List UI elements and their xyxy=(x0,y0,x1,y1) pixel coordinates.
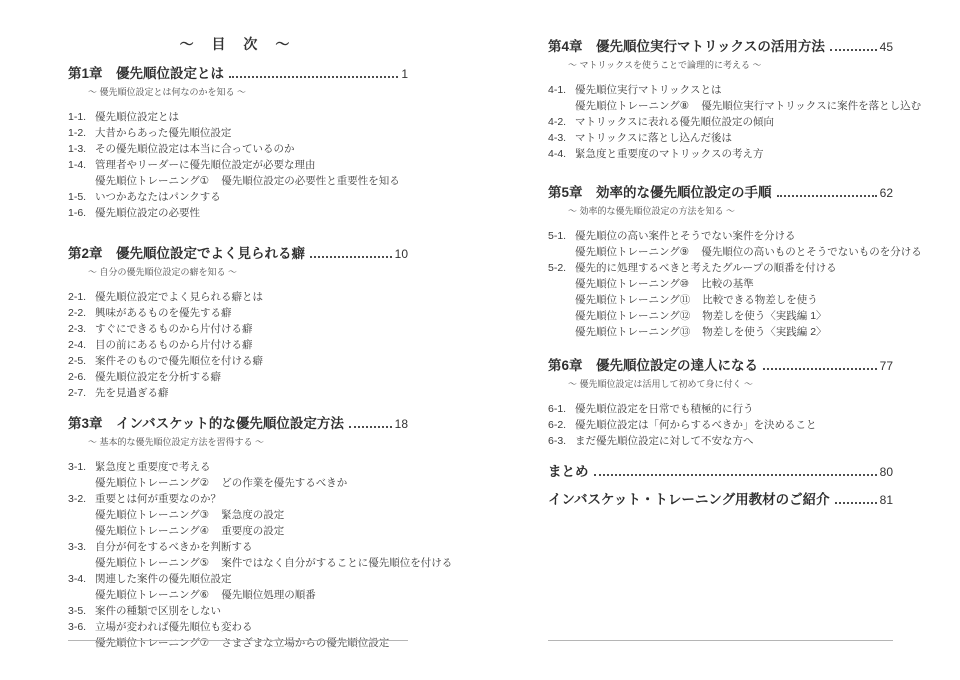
toc-item-number: 5-2. xyxy=(548,260,575,276)
chapter-page-number: 81 xyxy=(880,492,893,508)
chapter-page-number: 18 xyxy=(395,416,408,432)
training-label: 優先順位トレーニング③ xyxy=(95,507,209,523)
toc-item-number: 1-2. xyxy=(68,125,95,141)
toc-item: 2-4.目の前にあるものから片付ける癖 xyxy=(68,337,408,353)
toc-item-number: 2-1. xyxy=(68,289,95,305)
dot-leader xyxy=(830,49,877,51)
chapter-page-number: 80 xyxy=(880,464,893,480)
toc-item: 3-4.関連した案件の優先順位設定 xyxy=(68,571,408,587)
toc-item: 5-1.優先順位の高い案件とそうでない案件を分ける xyxy=(548,228,893,244)
toc-item: 4-4.緊急度と重要度のマトリックスの考え方 xyxy=(548,146,893,162)
training-text: 緊急度の設定 xyxy=(221,507,284,523)
chapter-entries: 6-1.優先順位設定を日常でも積極的に行う6-2.優先順位設定は「何からするべき… xyxy=(548,401,893,449)
chapter-subtitle: ～ 基本的な優先順位設定方法を習得する ～ xyxy=(88,436,408,448)
toc-item: 5-2.優先的に処理するべきと考えたグループの順番を付ける xyxy=(548,260,893,276)
training-text: 優先順位設定の必要性と重要性を知る xyxy=(221,173,400,189)
toc-item-number: 5-1. xyxy=(548,228,575,244)
chapter-title: 第5章 効率的な優先順位設定の手順 xyxy=(548,184,772,201)
toc-item-text: 関連した案件の優先順位設定 xyxy=(95,571,232,587)
toc-item-number: 4-1. xyxy=(548,82,575,98)
toc-item-text: 優先順位設定とは xyxy=(95,109,179,125)
training-text: 優先順位実行マトリックスに案件を落とし込む xyxy=(701,98,921,114)
toc-item-text: まだ優先順位設定に対して不安な方へ xyxy=(575,433,754,449)
training-label: 優先順位トレーニング⑬ xyxy=(575,324,690,340)
toc-item: 4-3.マトリックスに落とし込んだ後は xyxy=(548,130,893,146)
training-label: 優先順位トレーニング⑪ xyxy=(575,292,690,308)
left-page-sections: 第1章 優先順位設定とは1～ 優先順位設定とは何なのかを知る ～1-1.優先順位… xyxy=(68,65,408,651)
toc-chapter-row: 第5章 効率的な優先順位設定の手順62 xyxy=(548,184,893,201)
toc-chapter-row: まとめ80 xyxy=(548,463,893,480)
chapter-title: 第3章 インバスケット的な優先順位設定方法 xyxy=(68,415,344,432)
training-item: 優先順位トレーニング①優先順位設定の必要性と重要性を知る xyxy=(68,173,408,189)
chapter-subtitle: ～ 効率的な優先順位設定の方法を知る ～ xyxy=(568,205,893,217)
toc-item-number: 3-4. xyxy=(68,571,95,587)
training-label: 優先順位トレーニング⑧ xyxy=(575,98,689,114)
toc-item-text: 優先順位設定の必要性 xyxy=(95,205,200,221)
training-text: 物差しを使う〈実践編 2〉 xyxy=(702,324,826,340)
toc-item-number: 1-4. xyxy=(68,157,95,173)
toc-item-text: 緊急度と重要度で考える xyxy=(95,459,211,475)
toc-item: 3-6.立場が変われば優先順位も変わる xyxy=(68,619,408,635)
chapter-title: 第1章 優先順位設定とは xyxy=(68,65,224,82)
toc-item: 6-2.優先順位設定は「何からするべきか」を決めること xyxy=(548,417,893,433)
chapter-subtitle: ～ 自分の優先順位設定の癖を知る ～ xyxy=(88,266,408,278)
training-text: 重要度の設定 xyxy=(221,523,284,539)
training-label: 優先順位トレーニング④ xyxy=(95,523,209,539)
right-page: 第4章 優先順位実行マトリックスの活用方法45～ マトリックスを使うことで論理的… xyxy=(548,0,893,680)
training-item: 優先順位トレーニング⑩比較の基準 xyxy=(548,276,893,292)
chapter-subtitle: ～ 優先順位設定は活用して初めて身に付く ～ xyxy=(568,378,893,390)
training-text: 比較の基準 xyxy=(701,276,754,292)
toc-item-text: 立場が変われば優先順位も変わる xyxy=(95,619,253,635)
dot-leader xyxy=(763,368,877,370)
toc-item: 1-1.優先順位設定とは xyxy=(68,109,408,125)
toc-item-text: 案件の種類で区別をしない xyxy=(95,603,221,619)
chapter-entries: 4-1.優先順位実行マトリックスとは優先順位トレーニング⑧優先順位実行マトリック… xyxy=(548,82,893,162)
training-item: 優先順位トレーニング⑧優先順位実行マトリックスに案件を落とし込む xyxy=(548,98,893,114)
toc-item: 3-1.緊急度と重要度で考える xyxy=(68,459,408,475)
toc-chapter-row: 第4章 優先順位実行マトリックスの活用方法45 xyxy=(548,38,893,55)
chapter-page-number: 77 xyxy=(880,358,893,374)
training-item: 優先順位トレーニング⑨優先順位の高いものとそうでないものを分ける xyxy=(548,244,893,260)
toc-item-text: 優先順位実行マトリックスとは xyxy=(575,82,721,98)
chapter-subtitle: ～ マトリックスを使うことで論理的に考える ～ xyxy=(568,59,893,71)
toc-chapter-row: 第2章 優先順位設定でよく見られる癖10 xyxy=(68,245,408,262)
toc-item-text: 目の前にあるものから片付ける癖 xyxy=(95,337,253,353)
toc-title: ～ 目 次 ～ xyxy=(68,36,408,52)
toc-item: 1-6.優先順位設定の必要性 xyxy=(68,205,408,221)
toc-item-text: 優先順位の高い案件とそうでない案件を分ける xyxy=(575,228,796,244)
toc-section: まとめ80 xyxy=(548,463,893,480)
toc-item-number: 6-1. xyxy=(548,401,575,417)
toc-item: 3-3.自分が何をするべきかを判断する xyxy=(68,539,408,555)
toc-chapter-row: 第3章 インバスケット的な優先順位設定方法18 xyxy=(68,415,408,432)
chapter-page-number: 10 xyxy=(395,246,408,262)
right-page-sections: 第4章 優先順位実行マトリックスの活用方法45～ マトリックスを使うことで論理的… xyxy=(548,38,893,508)
toc-item-number: 3-3. xyxy=(68,539,95,555)
toc-item-number: 3-5. xyxy=(68,603,95,619)
left-page-footer-rule xyxy=(68,640,408,641)
training-text: 優先順位処理の順番 xyxy=(221,587,316,603)
toc-item-number: 4-4. xyxy=(548,146,575,162)
training-item: 優先順位トレーニング⑬物差しを使う〈実践編 2〉 xyxy=(548,324,893,340)
toc-item-text: 興味があるものを優先する癖 xyxy=(95,305,232,321)
toc-section: 第2章 優先順位設定でよく見られる癖10～ 自分の優先順位設定の癖を知る ～2-… xyxy=(68,245,408,401)
toc-item: 2-6.優先順位設定を分析する癖 xyxy=(68,369,408,385)
training-label: 優先順位トレーニング⑤ xyxy=(95,555,209,571)
toc-item-text: 優先的に処理するべきと考えたグループの順番を付ける xyxy=(575,260,837,276)
training-item: 優先順位トレーニング⑥優先順位処理の順番 xyxy=(68,587,408,603)
toc-item-number: 1-6. xyxy=(68,205,95,221)
toc-item: 6-3.まだ優先順位設定に対して不安な方へ xyxy=(548,433,893,449)
toc-section: 第3章 インバスケット的な優先順位設定方法18～ 基本的な優先順位設定方法を習得… xyxy=(68,415,408,651)
toc-section: 第6章 優先順位設定の達人になる77～ 優先順位設定は活用して初めて身に付く ～… xyxy=(548,357,893,449)
toc-item: 6-1.優先順位設定を日常でも積極的に行う xyxy=(548,401,893,417)
training-label: 優先順位トレーニング① xyxy=(95,173,209,189)
toc-item-number: 4-2. xyxy=(548,114,575,130)
training-text: 比較できる物差しを使う xyxy=(702,292,818,308)
training-item: 優先順位トレーニング⑤案件ではなく自分がすることに優先順位を付ける xyxy=(68,555,408,571)
toc-item-text: 優先順位設定を分析する癖 xyxy=(95,369,221,385)
toc-item-number: 2-4. xyxy=(68,337,95,353)
toc-item-text: 自分が何をするべきかを判断する xyxy=(95,539,253,555)
dot-leader xyxy=(349,426,392,428)
toc-item: 4-1.優先順位実行マトリックスとは xyxy=(548,82,893,98)
toc-item-text: 優先順位設定でよく見られる癖とは xyxy=(95,289,263,305)
toc-item-text: 優先順位設定は「何からするべきか」を決めること xyxy=(575,417,817,433)
toc-item-text: 案件そのもので優先順位を付ける癖 xyxy=(95,353,263,369)
toc-item-text: いつかあなたはパンクする xyxy=(95,189,221,205)
toc-section: 第4章 優先順位実行マトリックスの活用方法45～ マトリックスを使うことで論理的… xyxy=(548,38,893,162)
toc-chapter-row: 第6章 優先順位設定の達人になる77 xyxy=(548,357,893,374)
left-page: ～ 目 次 ～ 第1章 優先順位設定とは1～ 優先順位設定とは何なのかを知る ～… xyxy=(68,0,408,680)
toc-item-text: 管理者やリーダーに優先順位設定が必要な理由 xyxy=(95,157,316,173)
toc-section: 第1章 優先順位設定とは1～ 優先順位設定とは何なのかを知る ～1-1.優先順位… xyxy=(68,65,408,221)
chapter-entries: 5-1.優先順位の高い案件とそうでない案件を分ける優先順位トレーニング⑨優先順位… xyxy=(548,228,893,340)
dot-leader xyxy=(229,76,398,78)
training-label: 優先順位トレーニング⑥ xyxy=(95,587,209,603)
toc-item: 3-2.重要とは何が重要なのか？ xyxy=(68,491,408,507)
training-text: どの作業を優先するべきか xyxy=(221,475,347,491)
toc-item-number: 2-5. xyxy=(68,353,95,369)
dot-leader xyxy=(310,256,392,258)
toc-chapter-row: インバスケット・トレーニング用教材のご紹介81 xyxy=(548,491,893,508)
chapter-title: 第6章 優先順位設定の達人になる xyxy=(548,357,758,374)
toc-item-text: 優先順位設定を日常でも積極的に行う xyxy=(575,401,754,417)
training-text: さまざまな立場からの優先順位設定 xyxy=(221,635,389,651)
chapter-page-number: 62 xyxy=(880,185,893,201)
training-label: 優先順位トレーニング⑫ xyxy=(575,308,690,324)
training-item: 優先順位トレーニング⑫物差しを使う〈実践編 1〉 xyxy=(548,308,893,324)
chapter-title: まとめ xyxy=(548,463,589,480)
toc-item-text: 重要とは何が重要なのか？ xyxy=(95,491,221,507)
toc-item: 2-7.先を見過ぎる癖 xyxy=(68,385,408,401)
toc-item-number: 3-6. xyxy=(68,619,95,635)
training-label: 優先順位トレーニング⑦ xyxy=(95,635,209,651)
chapter-title: 第4章 優先順位実行マトリックスの活用方法 xyxy=(548,38,825,55)
chapter-page-number: 1 xyxy=(401,66,408,82)
toc-item-number: 2-2. xyxy=(68,305,95,321)
toc-item-number: 6-2. xyxy=(548,417,575,433)
training-label: 優先順位トレーニング⑨ xyxy=(575,244,689,260)
toc-item: 2-1.優先順位設定でよく見られる癖とは xyxy=(68,289,408,305)
toc-item: 1-4.管理者やリーダーに優先順位設定が必要な理由 xyxy=(68,157,408,173)
dot-leader xyxy=(594,474,877,476)
toc-item-number: 3-1. xyxy=(68,459,95,475)
dot-leader xyxy=(777,195,877,197)
toc-item-text: マトリックスに表れる優先順位設定の傾向 xyxy=(575,114,774,130)
training-text: 優先順位の高いものとそうでないものを分ける xyxy=(701,244,922,260)
chapter-page-number: 45 xyxy=(880,39,893,55)
toc-item-number: 2-7. xyxy=(68,385,95,401)
training-item: 優先順位トレーニング⑦さまざまな立場からの優先順位設定 xyxy=(68,635,408,651)
toc-item: 3-5.案件の種類で区別をしない xyxy=(68,603,408,619)
toc-section: 第5章 効率的な優先順位設定の手順62～ 効率的な優先順位設定の方法を知る ～5… xyxy=(548,184,893,340)
toc-item: 4-2.マトリックスに表れる優先順位設定の傾向 xyxy=(548,114,893,130)
toc-chapter-row: 第1章 優先順位設定とは1 xyxy=(68,65,408,82)
chapter-entries: 2-1.優先順位設定でよく見られる癖とは2-2.興味があるものを優先する癖2-3… xyxy=(68,289,408,401)
toc-item-number: 2-3. xyxy=(68,321,95,337)
toc-item: 2-3.すぐにできるものから片付ける癖 xyxy=(68,321,408,337)
toc-item-text: その優先順位設定は本当に合っているのか xyxy=(95,141,295,157)
chapter-title: インバスケット・トレーニング用教材のご紹介 xyxy=(548,491,830,508)
toc-item: 2-5.案件そのもので優先順位を付ける癖 xyxy=(68,353,408,369)
toc-document: { "colors": { "background": "#ffffff", "… xyxy=(0,0,960,680)
toc-item-number: 3-2. xyxy=(68,491,95,507)
training-item: 優先順位トレーニング⑪比較できる物差しを使う xyxy=(548,292,893,308)
toc-item-text: 緊急度と重要度のマトリックスの考え方 xyxy=(575,146,763,162)
training-label: 優先順位トレーニング② xyxy=(95,475,209,491)
chapter-entries: 1-1.優先順位設定とは1-2.大昔からあった優先順位設定1-3.その優先順位設… xyxy=(68,109,408,221)
toc-item-number: 1-5. xyxy=(68,189,95,205)
toc-item-number: 6-3. xyxy=(548,433,575,449)
toc-item-number: 4-3. xyxy=(548,130,575,146)
training-text: 案件ではなく自分がすることに優先順位を付ける xyxy=(221,555,452,571)
training-label: 優先順位トレーニング⑩ xyxy=(575,276,689,292)
chapter-subtitle: ～ 優先順位設定とは何なのかを知る ～ xyxy=(88,86,408,98)
training-item: 優先順位トレーニング③緊急度の設定 xyxy=(68,507,408,523)
toc-item: 1-2.大昔からあった優先順位設定 xyxy=(68,125,408,141)
right-page-footer-rule xyxy=(548,640,893,641)
chapter-entries: 3-1.緊急度と重要度で考える優先順位トレーニング②どの作業を優先するべきか3-… xyxy=(68,459,408,651)
toc-item-number: 1-3. xyxy=(68,141,95,157)
toc-item-text: 先を見過ぎる癖 xyxy=(95,385,169,401)
toc-item: 2-2.興味があるものを優先する癖 xyxy=(68,305,408,321)
toc-item-number: 2-6. xyxy=(68,369,95,385)
dot-leader xyxy=(835,502,877,504)
training-text: 物差しを使う〈実践編 1〉 xyxy=(702,308,826,324)
toc-item-text: すぐにできるものから片付ける癖 xyxy=(95,321,253,337)
training-item: 優先順位トレーニング④重要度の設定 xyxy=(68,523,408,539)
toc-item-text: 大昔からあった優先順位設定 xyxy=(95,125,231,141)
toc-item: 1-5.いつかあなたはパンクする xyxy=(68,189,408,205)
toc-item-number: 1-1. xyxy=(68,109,95,125)
toc-section: インバスケット・トレーニング用教材のご紹介81 xyxy=(548,491,893,508)
training-item: 優先順位トレーニング②どの作業を優先するべきか xyxy=(68,475,408,491)
toc-item: 1-3.その優先順位設定は本当に合っているのか xyxy=(68,141,408,157)
chapter-title: 第2章 優先順位設定でよく見られる癖 xyxy=(68,245,305,262)
toc-item-text: マトリックスに落とし込んだ後は xyxy=(575,130,732,146)
